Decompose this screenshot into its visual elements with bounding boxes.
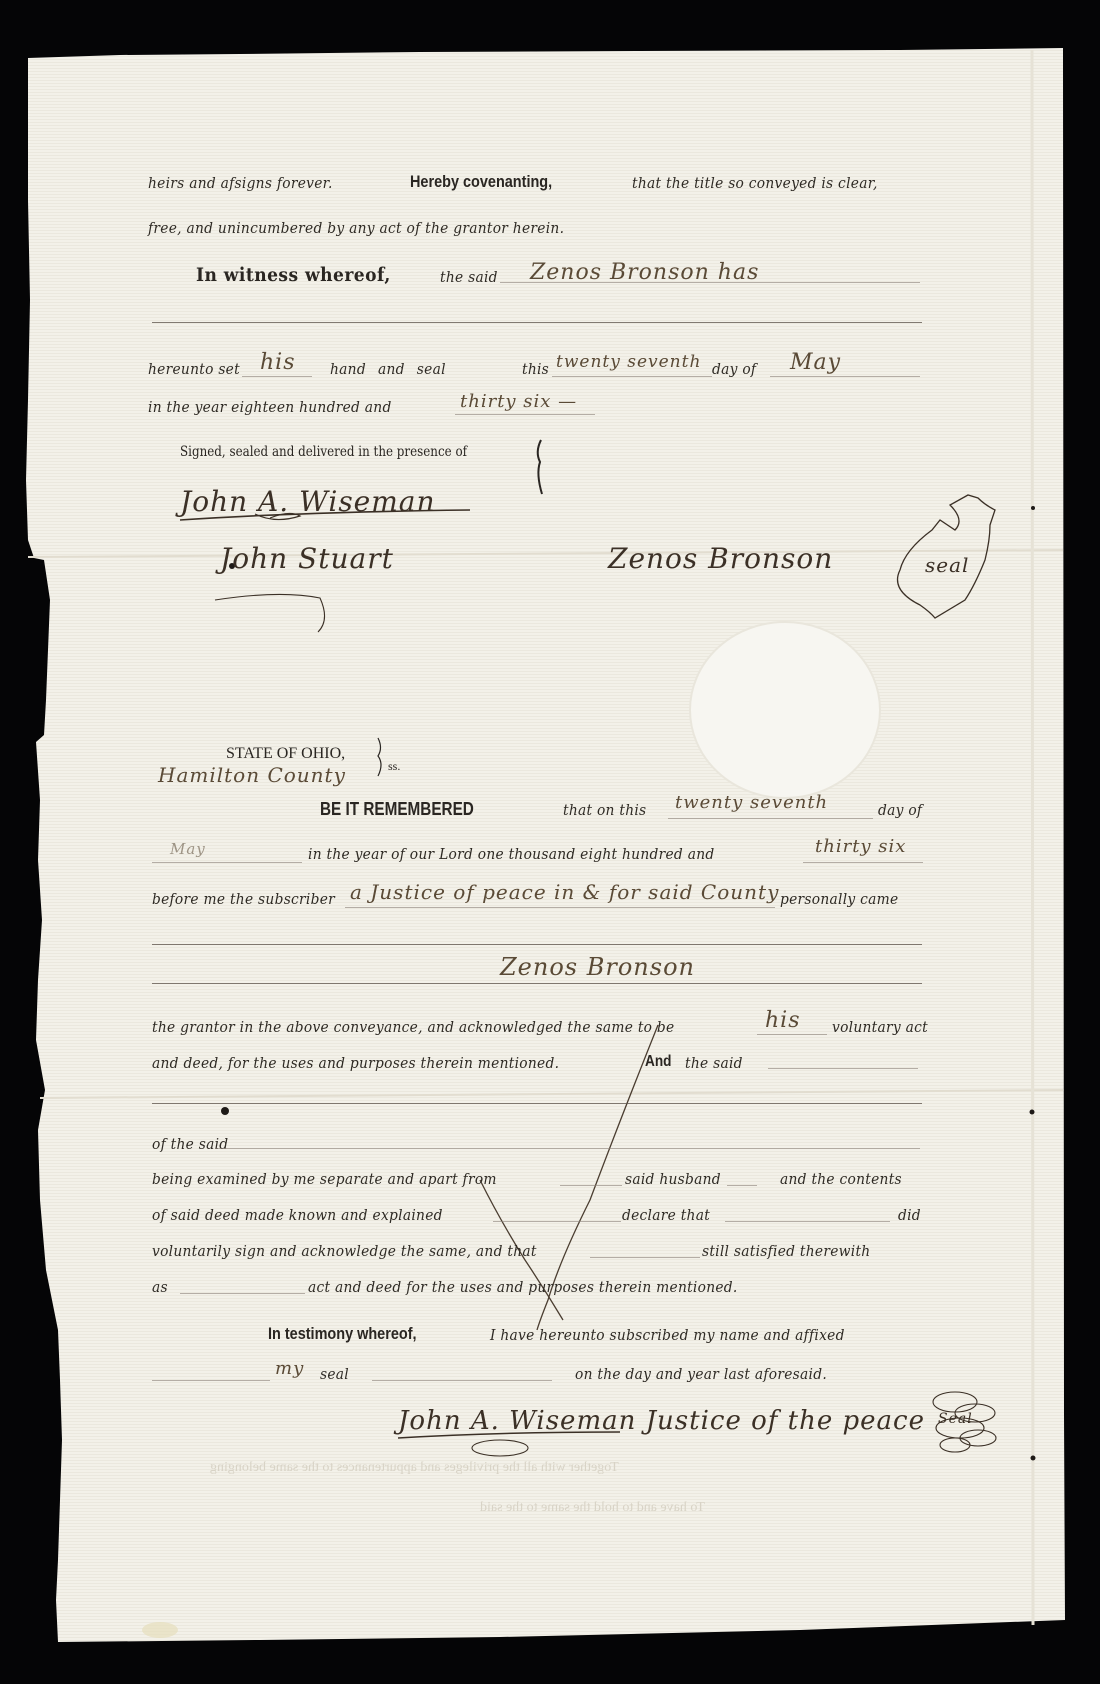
blank-line [180, 1293, 305, 1294]
be-it-remembered-heading: BE IT REMEMBERED [320, 800, 474, 818]
ack-text: and the contents [780, 1172, 902, 1187]
handwritten-month: May [790, 352, 841, 374]
ack-text: voluntarily sign and acknowledge the sam… [152, 1244, 537, 1259]
rule-line [152, 322, 922, 323]
bleed-through-text: Together with all the privileges and app… [210, 1460, 619, 1476]
rule-line [152, 983, 922, 984]
handwritten-office: a Justice of peace in & for said County [350, 882, 779, 902]
ack-text: of said deed made known and explained [152, 1208, 443, 1223]
handwritten-county: Hamilton County [158, 765, 346, 785]
rule-line [152, 944, 922, 945]
blank-line [152, 862, 302, 863]
ack-text: declare that [622, 1208, 710, 1223]
state-heading: STATE OF OHIO, [226, 746, 345, 762]
blank-line [590, 1257, 700, 1258]
handwritten-year: thirty six — [460, 393, 577, 411]
seal-label: seal [925, 555, 969, 575]
testimony-heading: In testimony whereof, [268, 1325, 417, 1342]
ack-text: the grantor in the above conveyance, and… [152, 1020, 674, 1035]
blank-line [152, 1380, 270, 1381]
ack-text: as [152, 1280, 168, 1295]
grantor-signature: Zenos Bronson [608, 545, 833, 573]
witness-signature-wiseman: John A. Wiseman [180, 488, 436, 516]
ack-text: and deed, for the uses and purposes ther… [152, 1056, 559, 1071]
blank-line [242, 376, 312, 377]
ack-text: in the year of our Lord one thousand eig… [308, 847, 714, 862]
handwritten-month: May [170, 842, 206, 857]
rule-line [152, 1103, 922, 1104]
handwritten-grantor-name: Zenos Bronson [500, 955, 695, 979]
blank-line [560, 1185, 622, 1186]
and-heading: And [645, 1054, 671, 1070]
handwritten-day: twenty seventh [556, 354, 701, 371]
bleed-through-text: To have and to hold the same to the said [480, 1500, 705, 1516]
ack-text: act and deed for the uses and purposes t… [308, 1280, 738, 1295]
blank-line [725, 1221, 890, 1222]
covenant-text: that the title so conveyed is clear, [632, 176, 878, 191]
handwritten-his: his [260, 352, 296, 374]
handwritten-year: thirty six [815, 838, 906, 856]
blank-line [803, 862, 923, 863]
ack-text: that on this [563, 803, 646, 818]
justice-seal-label: Seal [938, 1412, 973, 1426]
signed-presence-label: Signed, sealed and delivered in the pres… [180, 445, 467, 459]
deed-text: hereunto set [148, 362, 240, 377]
ack-text: before me the subscriber [152, 892, 335, 907]
blank-line [372, 1380, 552, 1381]
handwritten-day: twenty seventh [675, 794, 828, 812]
blank-line [345, 907, 775, 908]
ss-label: ss. [388, 760, 400, 772]
justice-signature: John A. Wiseman Justice of the peace [398, 1408, 925, 1434]
ack-text: day of [878, 803, 922, 818]
witness-heading: In witness whereof, [196, 266, 391, 285]
deed-document: Together with all the privileges and app… [0, 0, 1100, 1684]
ack-text: said husband [625, 1172, 721, 1187]
blank-line [768, 1068, 918, 1069]
blank-line [455, 414, 595, 415]
covenant-text: free, and unincumbered by any act of the… [148, 221, 564, 236]
deed-text: in the year eighteen hundred and [148, 400, 392, 415]
ack-text: being examined by me separate and apart … [152, 1172, 497, 1187]
witness-signature-stuart: John Stuart [220, 545, 394, 573]
blank-line [770, 376, 920, 377]
ack-text: of the said [152, 1137, 228, 1152]
ack-text: still satisfied therewith [702, 1244, 870, 1259]
blank-line [668, 818, 873, 819]
handwritten-grantor-name: Zenos Bronson has [530, 262, 759, 284]
blank-line [493, 1221, 621, 1222]
blank-line [215, 1148, 920, 1149]
ack-text: personally came [780, 892, 898, 907]
ack-text: I have hereunto subscribed my name and a… [490, 1328, 845, 1343]
embossed-seal [690, 622, 880, 798]
handwritten-his: his [765, 1010, 801, 1032]
ack-text: seal [320, 1367, 349, 1382]
covenant-heading: Hereby covenanting, [410, 173, 552, 190]
deed-text: this [522, 362, 549, 377]
deed-text: day of [712, 362, 756, 377]
witness-said: the said [440, 270, 498, 285]
ack-text: the said [685, 1056, 743, 1071]
blank-line [552, 376, 712, 377]
handwritten-my: my [275, 1360, 304, 1378]
blank-line [757, 1034, 827, 1035]
ack-text: did [898, 1208, 921, 1223]
covenant-text: heirs and afsigns forever. [148, 176, 333, 191]
ack-text: on the day and year last aforesaid. [575, 1367, 827, 1382]
deed-text: hand and seal [330, 362, 446, 377]
ack-text: voluntary act [832, 1020, 928, 1035]
blank-line [727, 1185, 757, 1186]
